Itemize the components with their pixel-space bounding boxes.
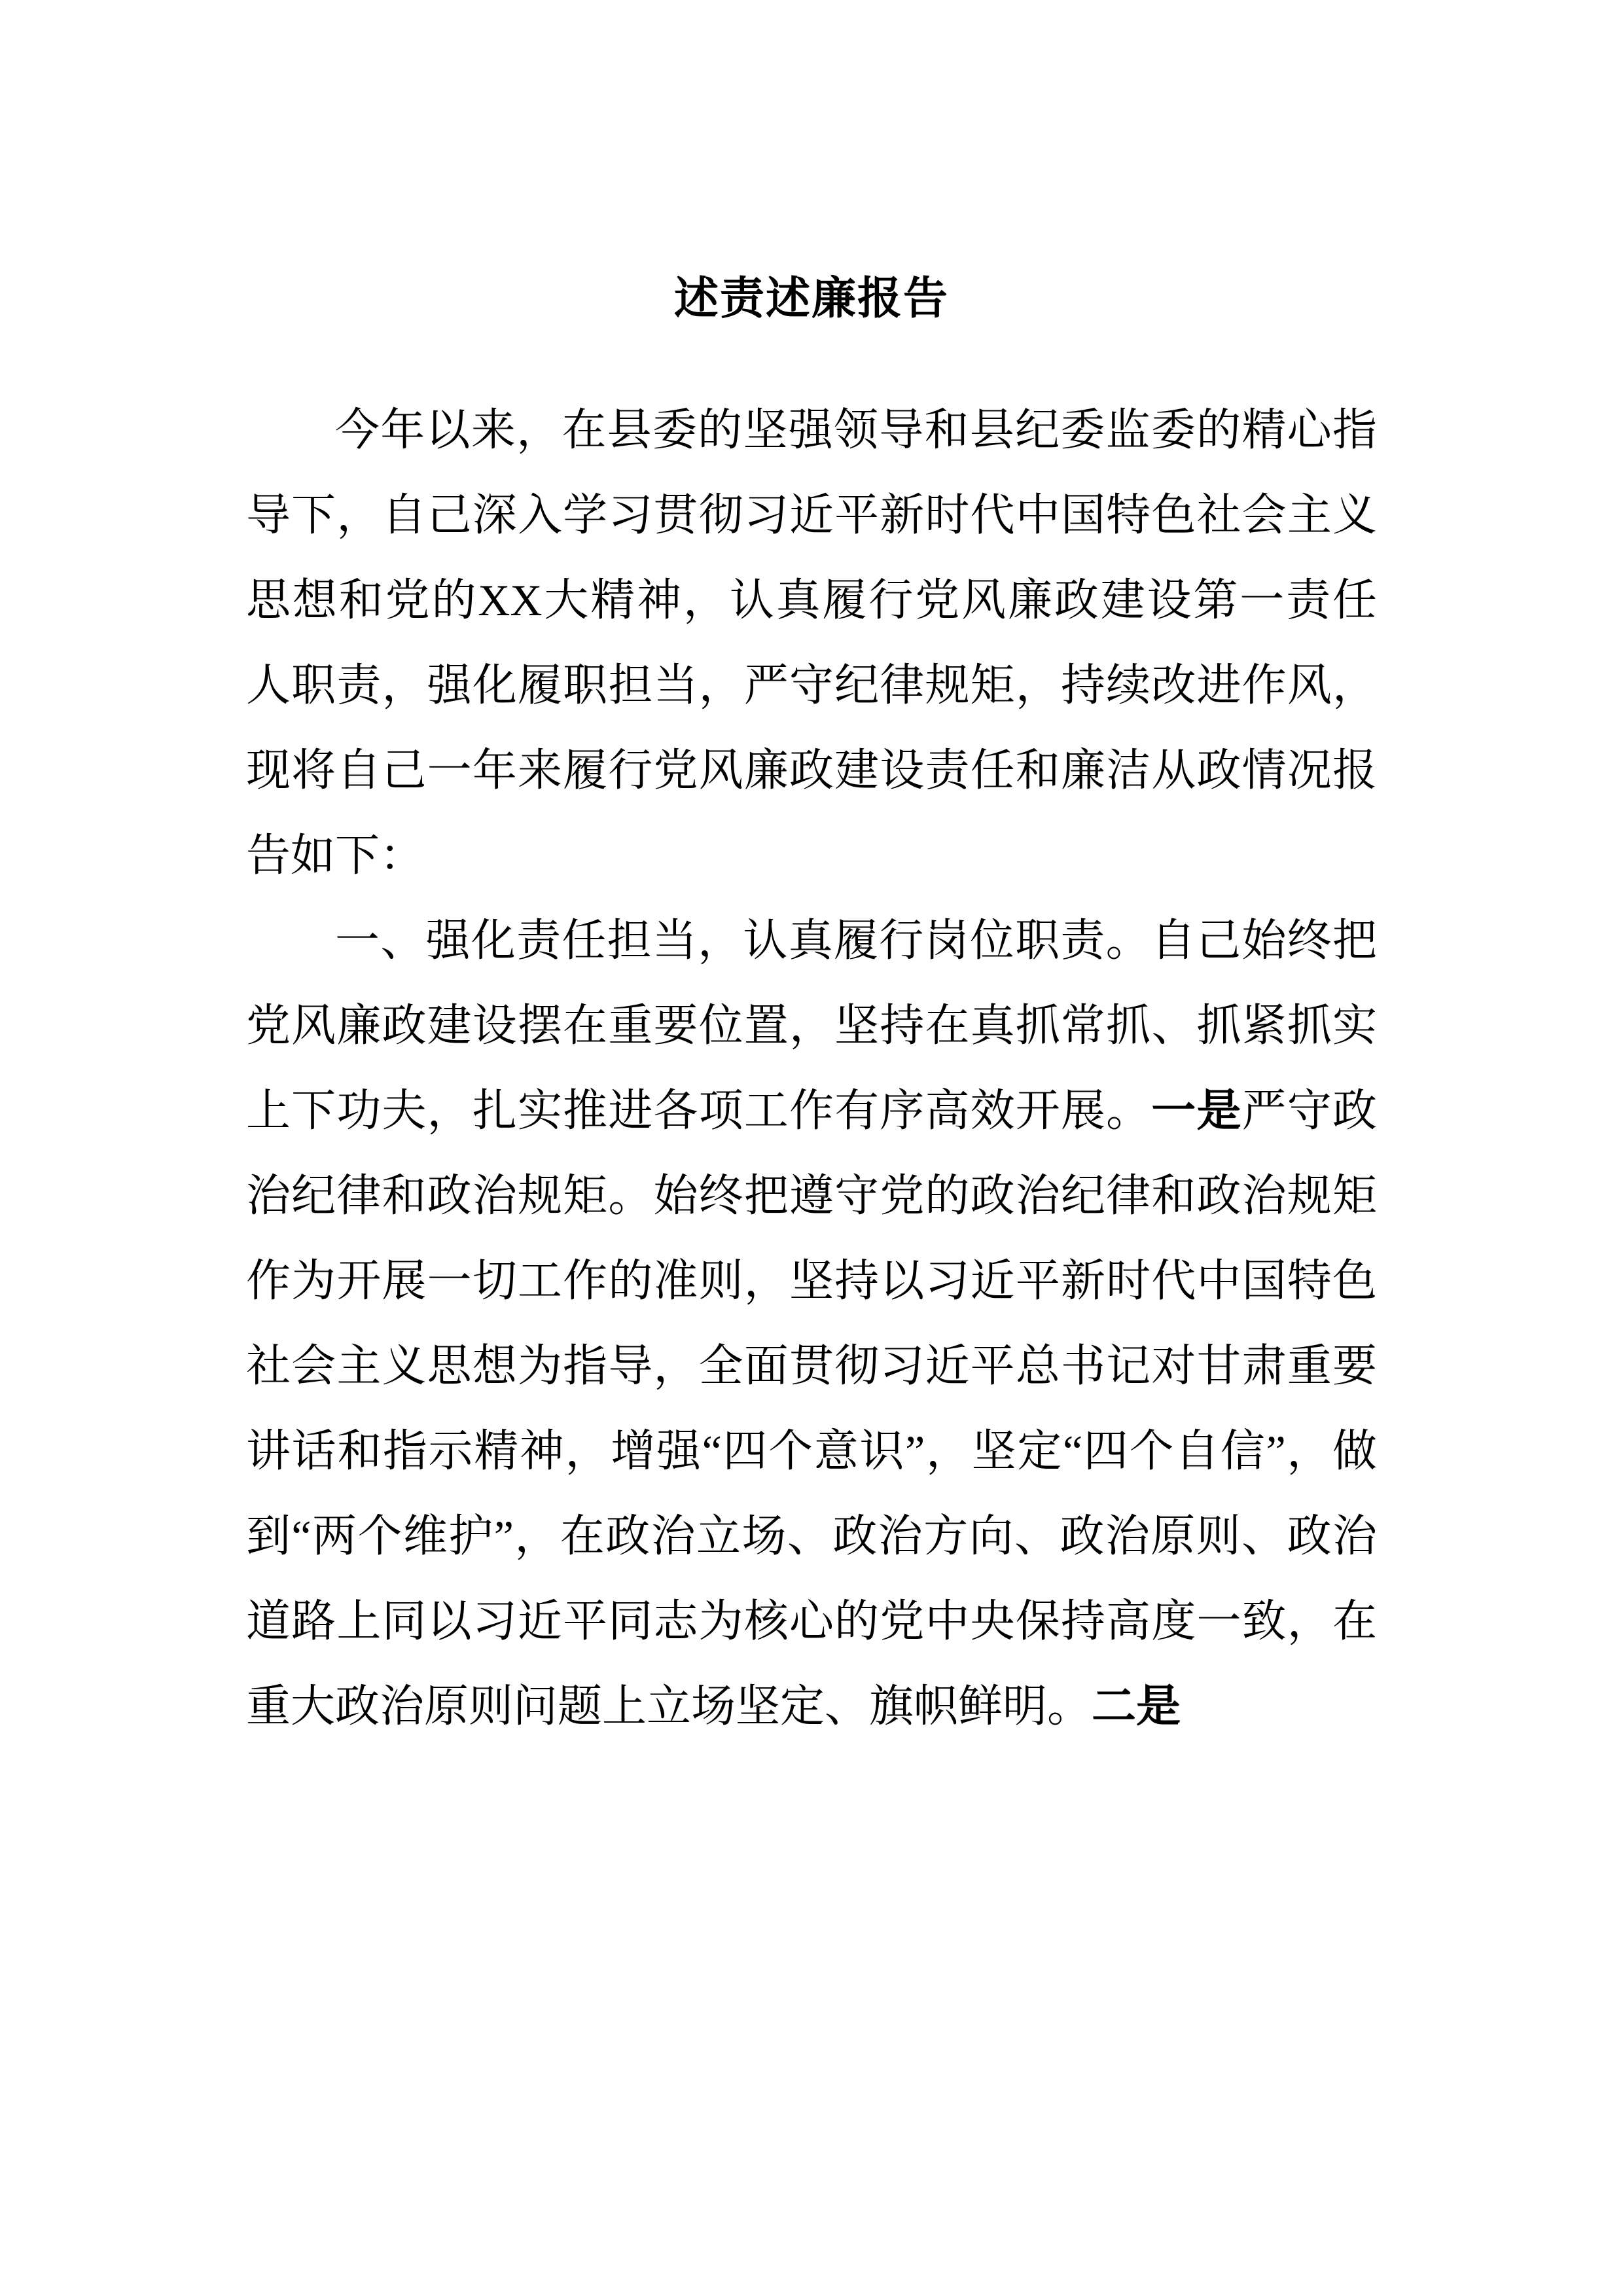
body-text: 严守政治纪律和政治规矩。始终把遵守党的政治纪律和政治规矩作为开展一切工作的准则，… (246, 1086, 1377, 1731)
emphasis-run-in: 一是 (1151, 1086, 1241, 1136)
body-text: 今年以来，在县委的坚强领导和县纪委监委的精心指导下，自己深入学习贯彻习近平新时代… (246, 405, 1377, 880)
document-page: 述责述廉报告 今年以来，在县委的坚强领导和县纪委监委的精心指导下，自己深入学习贯… (0, 0, 1623, 2296)
document-title: 述责述廉报告 (246, 270, 1377, 327)
emphasis-run-in: 二是 (1092, 1681, 1181, 1731)
paragraph: 一、强化责任担当，认真履行岗位职责。自己始终把党风廉政建设摆在重要位置，坚持在真… (246, 898, 1377, 1749)
paragraph: 今年以来，在县委的坚强领导和县纪委监委的精心指导下，自己深入学习贯彻习近平新时代… (246, 387, 1377, 898)
document-body: 今年以来，在县委的坚强领导和县纪委监委的精心指导下，自己深入学习贯彻习近平新时代… (246, 387, 1377, 1749)
